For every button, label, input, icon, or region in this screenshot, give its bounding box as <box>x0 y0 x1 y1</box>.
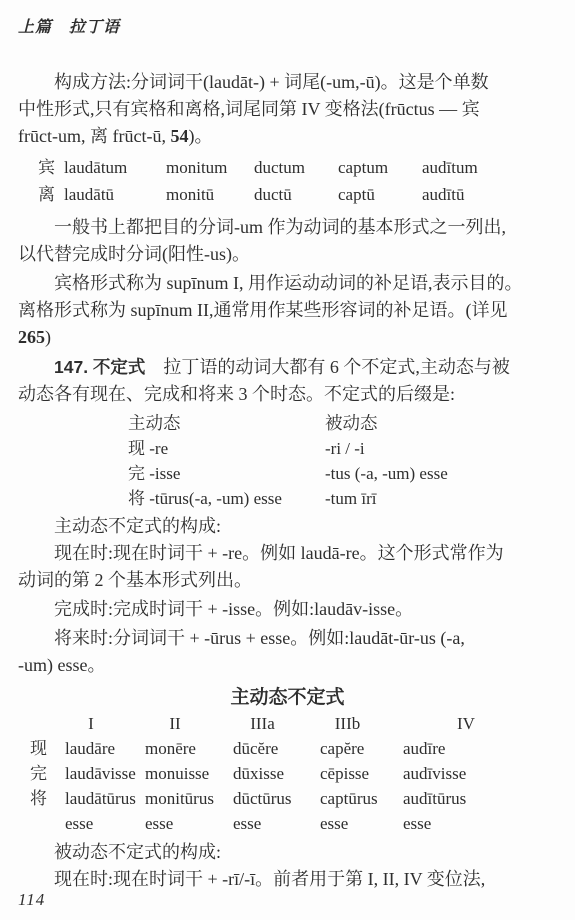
text-run: 拉丁语的动词大都有 6 个不定式,主动态与被 <box>145 357 510 377</box>
paragraph-present: 现在时:现在时词干 + -re。例如 laudā-re。这个形式常作为 动词的第… <box>18 540 557 594</box>
table-row: 完 laudāvisse monuisse dūxisse cēpisse au… <box>30 761 557 786</box>
table-cell: 现 -re <box>128 436 325 461</box>
table-cell: 将 <box>30 786 65 811</box>
table-cell: II <box>145 711 233 736</box>
table-cell: esse <box>233 811 320 836</box>
text-line: 宾格形式称为 supīnum I, 用作运动动词的补足语,表示目的。 <box>18 270 557 297</box>
table-row: 完 -isse -tus (-a, -um) esse <box>128 461 557 486</box>
table-cell <box>30 811 65 836</box>
text-line: 完成时:完成时词干 + -isse。例如:laudāv-isse。 <box>18 596 557 623</box>
text-line: 动词的第 2 个基本形式列出。 <box>18 567 557 594</box>
table-cell: esse <box>403 811 557 836</box>
table-cell: laudātūrus <box>65 786 145 811</box>
table-cell: 完 <box>30 761 65 786</box>
cross-reference-number: 265 <box>18 327 45 347</box>
text-line: 将来时:分词词干 + -ūrus + esse。例如:laudāt-ūr-us … <box>18 625 557 652</box>
table-cell: laudātum <box>64 154 166 181</box>
text-line: 被动态不定式的构成: <box>18 839 557 866</box>
paragraph-um-listing: 一般书上都把目的分词-um 作为动词的基本形式之一列出, 以代替完成时分词(阳性… <box>18 214 557 268</box>
paragraph-supinum: 宾格形式称为 supīnum I, 用作运动动词的补足语,表示目的。 离格形式称… <box>18 270 557 351</box>
table-row: 现 -re -ri / -i <box>128 436 557 461</box>
table-cell: monitū <box>166 181 254 208</box>
table-cell: captū <box>338 181 422 208</box>
paragraph-perfect: 完成时:完成时词干 + -isse。例如:laudāv-isse。 <box>18 596 557 623</box>
table-cell: monitum <box>166 154 254 181</box>
table-cell: 完 -isse <box>128 461 325 486</box>
table-row: 离 laudātū monitū ductū captū audītū <box>38 181 557 208</box>
table-cell: 离 <box>38 181 64 208</box>
text-line: 现在时:现在时词干 + -rī/-ī。前者用于第 I, II, IV 变位法, <box>18 866 557 893</box>
table-cell: audīre <box>403 736 557 761</box>
table-cell: audītum <box>422 154 557 181</box>
table-cell: laudāvisse <box>65 761 145 786</box>
paragraph-future: 将来时:分词词干 + -ūrus + esse。例如:laudāt-ūr-us … <box>18 625 557 679</box>
table-cell: captum <box>338 154 422 181</box>
text-line: 265) <box>18 324 557 351</box>
active-infinitive-table: 主动态不定式 I II IIIa IIIb IV 现 laudāre monēr… <box>18 685 557 836</box>
table-row: 现 laudāre monēre dūcĕre capĕre audīre <box>30 736 557 761</box>
table-cell: monuisse <box>145 761 233 786</box>
table-cell: -ri / -i <box>325 436 557 461</box>
supine-table: 宾 laudātum monitum ductum captum audītum… <box>18 154 557 208</box>
cross-reference-number: 54 <box>170 126 188 146</box>
table-cell: IV <box>403 711 557 736</box>
table-row: 将 -tūrus(-a, -um) esse -tum īrī <box>128 486 557 511</box>
table-cell: 将 -tūrus(-a, -um) esse <box>128 486 325 511</box>
table-cell: audīvisse <box>403 761 557 786</box>
text-line: -um) esse。 <box>18 652 557 679</box>
book-page: 上篇 拉丁语 构成方法:分词词干(laudāt-) + 词尾(-um,-ū)。这… <box>0 0 575 920</box>
table-cell: dūcĕre <box>233 736 320 761</box>
table-cell: esse <box>65 811 145 836</box>
text-line: 主动态不定式的构成: <box>18 513 557 540</box>
table-row: 将 laudātūrus monitūrus dūctūrus captūrus… <box>30 786 557 811</box>
table-cell <box>30 711 65 736</box>
text-line: 147. 不定式 拉丁语的动词大都有 6 个不定式,主动态与被 <box>18 354 557 381</box>
paragraph-formation: 构成方法:分词词干(laudāt-) + 词尾(-um,-ū)。这是个单数 中性… <box>18 69 557 150</box>
table-cell: ductum <box>254 154 338 181</box>
table-cell: laudāre <box>65 736 145 761</box>
text-line: 以代替完成时分词(阳性-us)。 <box>18 241 557 268</box>
text-line: 构成方法:分词词干(laudāt-) + 词尾(-um,-ū)。这是个单数 <box>18 69 557 96</box>
text-run: )。 <box>188 126 212 146</box>
table-cell: dūctūrus <box>233 786 320 811</box>
table-cell: 宾 <box>38 154 64 181</box>
table-cell: -tum īrī <box>325 486 557 511</box>
paragraph-active-formation: 主动态不定式的构成: <box>18 513 557 540</box>
paragraph-passive-present: 现在时:现在时词干 + -rī/-ī。前者用于第 I, II, IV 变位法, <box>18 866 557 893</box>
suffix-table: 主动态 被动态 现 -re -ri / -i 完 -isse -tus (-a,… <box>18 411 557 511</box>
table-header-row: 主动态 被动态 <box>128 411 557 436</box>
text-line: 动态各有现在、完成和将来 3 个时态。不定式的后缀是: <box>18 381 557 408</box>
table-cell: monēre <box>145 736 233 761</box>
text-line: frūct-um, 离 frūct-ū, 54)。 <box>18 123 557 150</box>
table-cell: 被动态 <box>325 411 557 436</box>
table-row: 宾 laudātum monitum ductum captum audītum <box>38 154 557 181</box>
table-cell: cēpisse <box>320 761 403 786</box>
table-cell: esse <box>145 811 233 836</box>
text-run: ) <box>45 327 51 347</box>
text-run: frūct-um, 离 frūct-ū, <box>18 126 170 146</box>
table-cell: dūxisse <box>233 761 320 786</box>
running-header: 上篇 拉丁语 <box>18 14 557 37</box>
table-header-row: I II IIIa IIIb IV <box>30 711 557 736</box>
paragraph-passive-formation: 被动态不定式的构成: <box>18 839 557 866</box>
text-line: 一般书上都把目的分词-um 作为动词的基本形式之一列出, <box>18 214 557 241</box>
table-cell: I <box>65 711 145 736</box>
table-cell: capĕre <box>320 736 403 761</box>
text-line: 中性形式,只有宾格和离格,词尾同第 IV 变格法(frūctus — 宾 <box>18 96 557 123</box>
table-cell: captūrus <box>320 786 403 811</box>
table-cell: 现 <box>30 736 65 761</box>
table-cell: 主动态 <box>128 411 325 436</box>
page-number: 114 <box>18 890 45 910</box>
table-cell: monitūrus <box>145 786 233 811</box>
section-number-label: 147. 不定式 <box>54 357 145 377</box>
table-cell: ductū <box>254 181 338 208</box>
text-line: 现在时:现在时词干 + -re。例如 laudā-re。这个形式常作为 <box>18 540 557 567</box>
table-cell: IIIb <box>320 711 403 736</box>
table-cell: audītūrus <box>403 786 557 811</box>
table-cell: IIIa <box>233 711 320 736</box>
table-cell: esse <box>320 811 403 836</box>
table-cell: -tus (-a, -um) esse <box>325 461 557 486</box>
text-line: 离格形式称为 supīnum II,通常用作某些形容词的补足语。(详见 <box>18 297 557 324</box>
section-147: 147. 不定式 拉丁语的动词大都有 6 个不定式,主动态与被 动态各有现在、完… <box>18 354 557 408</box>
table-row: esse esse esse esse esse <box>30 811 557 836</box>
table-cell: audītū <box>422 181 557 208</box>
table-cell: laudātū <box>64 181 166 208</box>
table-title: 主动态不定式 <box>18 685 557 711</box>
